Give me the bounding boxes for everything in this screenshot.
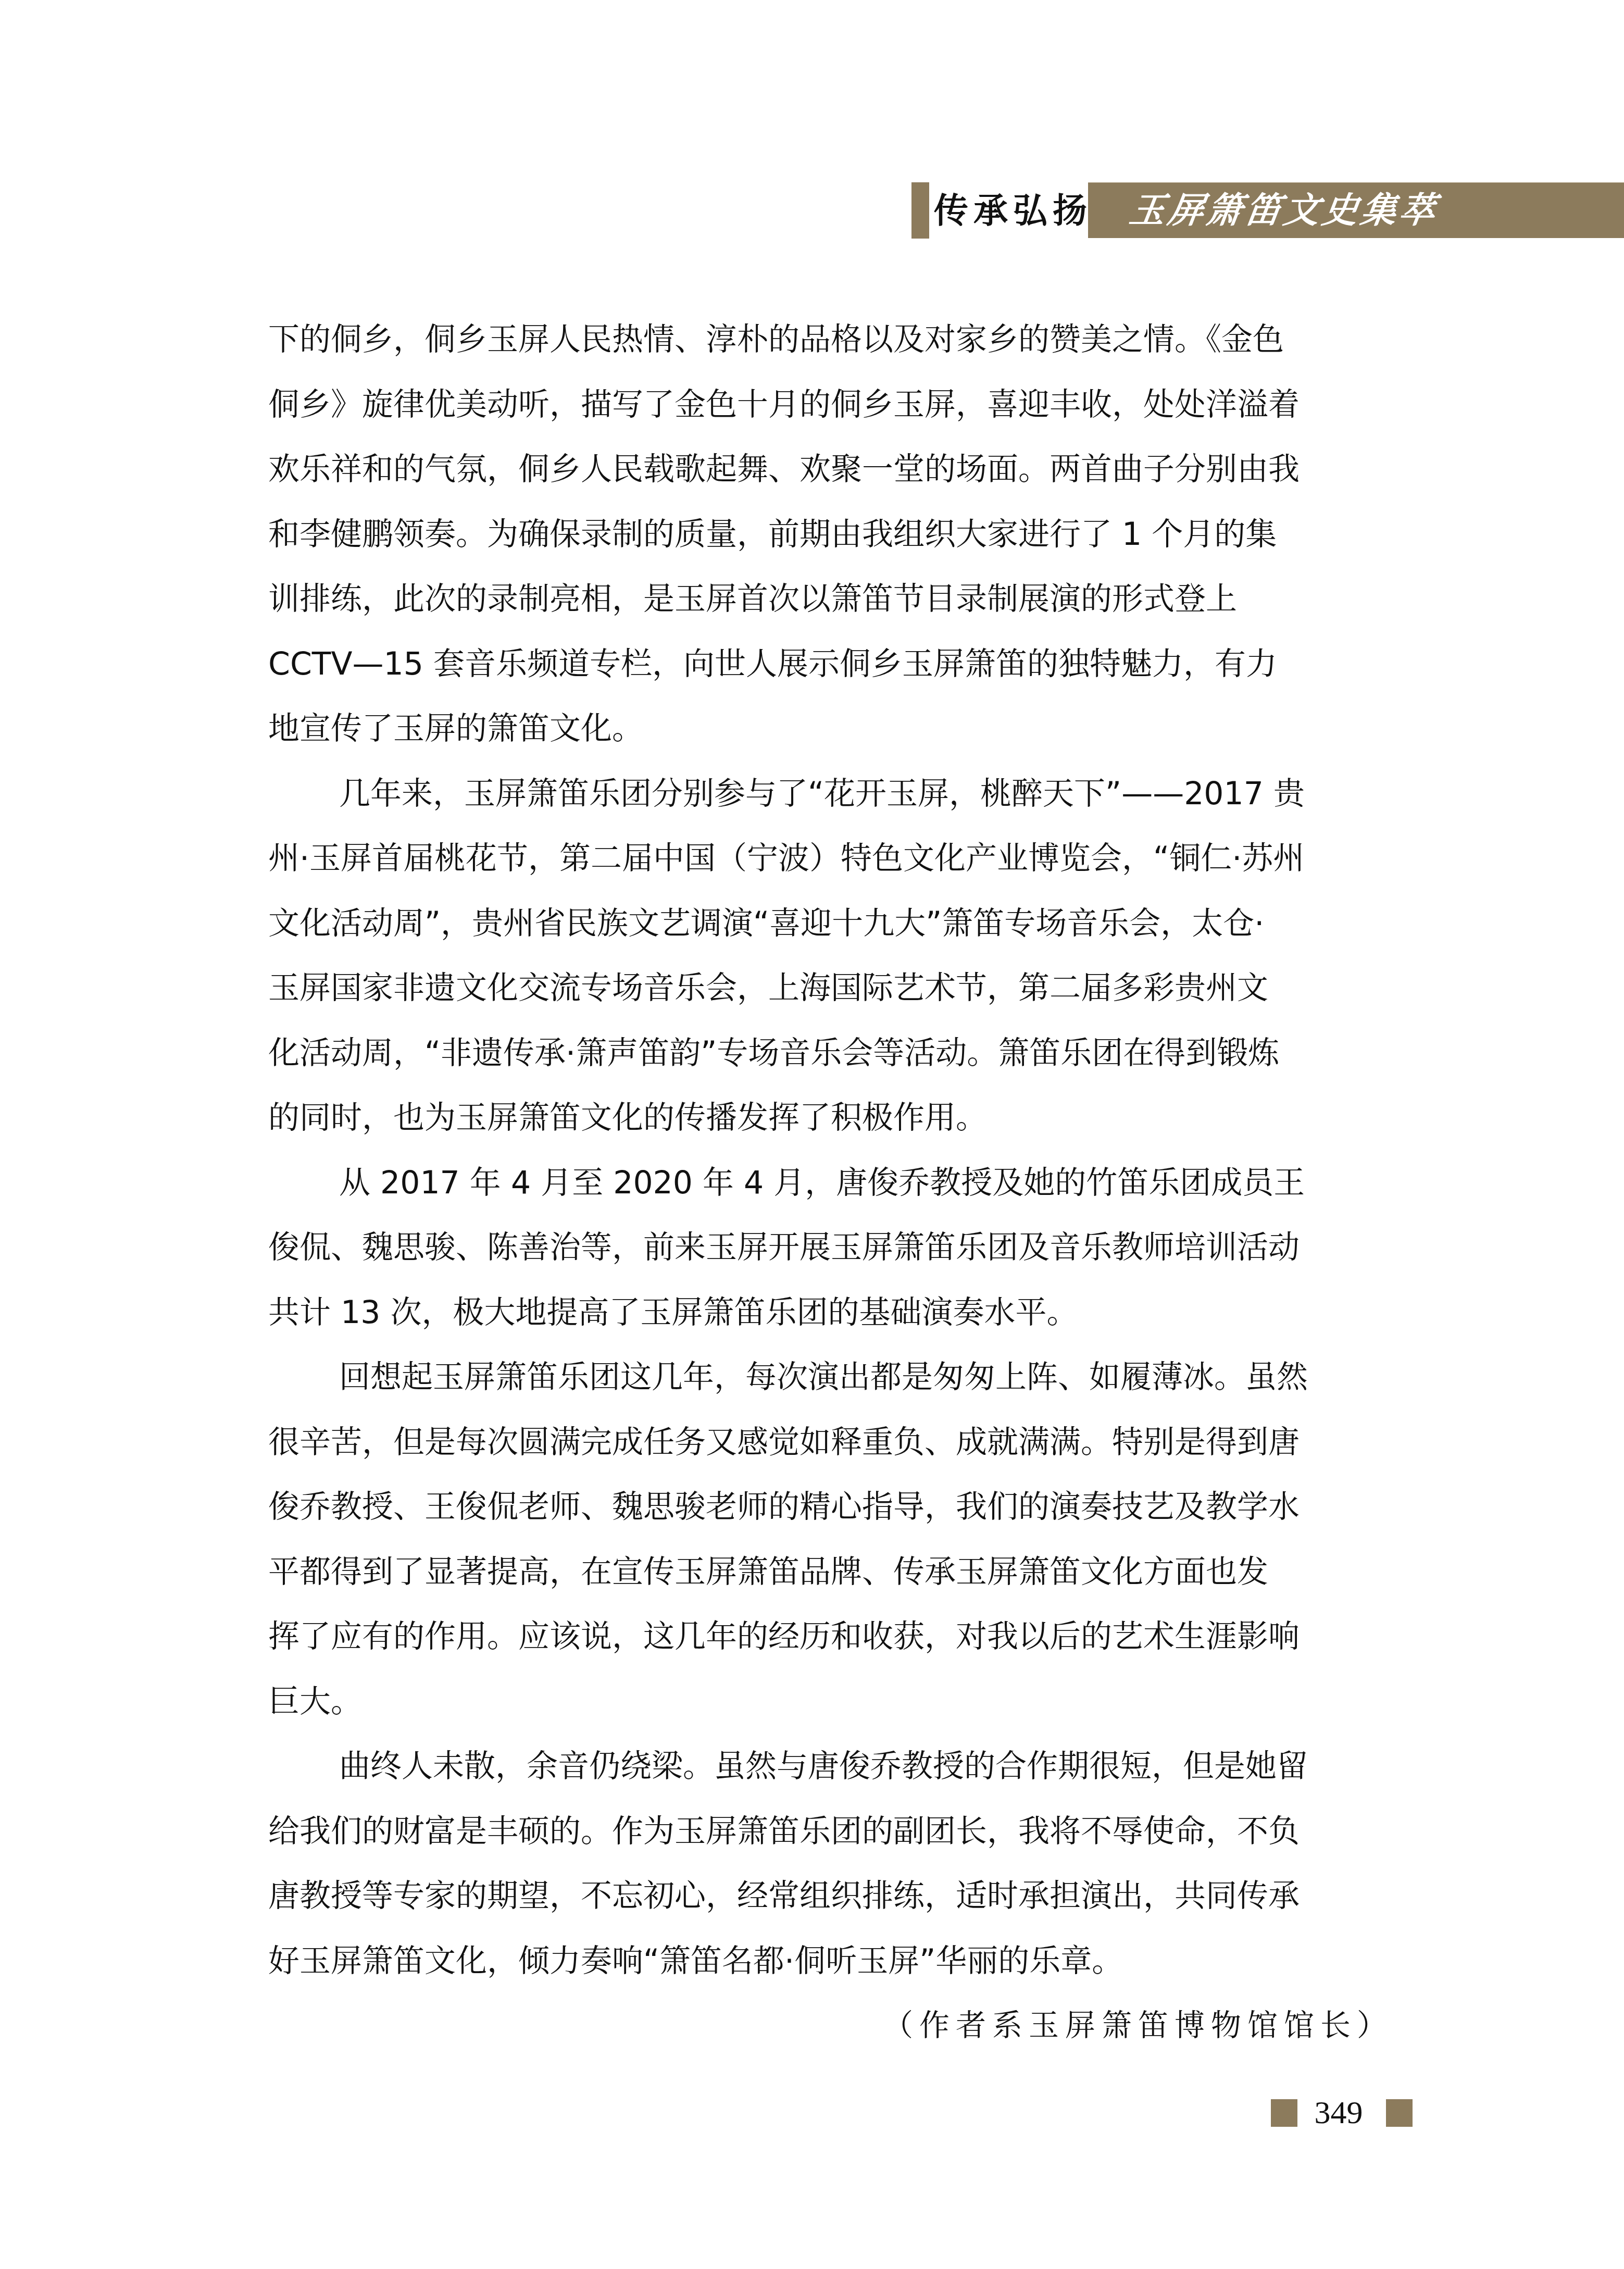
text-line: 下的侗乡，侗乡玉屏人民热情、淳朴的品格以及对家乡的赞美之情。《金色 bbox=[268, 307, 1394, 372]
text-line: 挥了应有的作用。应该说，这几年的经历和收获，对我以后的艺术生涯影响 bbox=[268, 1604, 1394, 1669]
text-line: 平都得到了显著提高，在宣传玉屏箫笛品牌、传承玉屏箫笛文化方面也发 bbox=[268, 1540, 1394, 1605]
page-number-square-left-icon bbox=[1271, 2099, 1297, 2127]
text-line: 文化活动周”，贵州省民族文艺调演“喜迎十九大”箫笛专场音乐会，太仓· bbox=[268, 891, 1394, 956]
header-title-band: 玉屏箫笛文史集萃 bbox=[1088, 182, 1624, 238]
text-line: 欢乐祥和的气氛，侗乡人民载歌起舞、欢聚一堂的场面。两首曲子分别由我 bbox=[268, 437, 1394, 502]
text-line: 给我们的财富是丰硕的。作为玉屏箫笛乐团的副团长，我将不辱使命，不负 bbox=[268, 1799, 1394, 1864]
text-line: 巨大。 bbox=[268, 1669, 1394, 1735]
text-line: 俊乔教授、王俊侃老师、魏思骏老师的精心指导，我们的演奏技艺及教学水 bbox=[268, 1475, 1394, 1540]
text-line: 州·玉屏首届桃花节，第二届中国（宁波）特色文化产业博览会，“铜仁·苏州 bbox=[268, 826, 1394, 891]
text-line: 好玉屏箫笛文化，倾力奏响“箫笛名都·侗听玉屏”华丽的乐章。 bbox=[268, 1929, 1394, 1994]
body-text: 下的侗乡，侗乡玉屏人民热情、淳朴的品格以及对家乡的赞美之情。《金色 侗乡》旋律优… bbox=[268, 307, 1394, 1993]
text-line: 共计 13 次，极大地提高了玉屏箫笛乐团的基础演奏水平。 bbox=[268, 1280, 1394, 1345]
text-line: 俊侃、魏思骏、陈善治等，前来玉屏开展玉屏箫笛乐团及音乐教师培训活动 bbox=[268, 1215, 1394, 1280]
text-line: 训排练，此次的录制亮相，是玉屏首次以箫笛节目录制展演的形式登上 bbox=[268, 567, 1394, 632]
author-attribution: （作者系玉屏箫笛博物馆馆长） bbox=[883, 2004, 1393, 2046]
text-line: 玉屏国家非遗文化交流专场音乐会，上海国际艺术节，第二届多彩贵州文 bbox=[268, 956, 1394, 1021]
text-line: CCTV—15 套音乐频道专栏，向世人展示侗乡玉屏箫笛的独特魅力，有力 bbox=[268, 632, 1394, 697]
text-line: 从 2017 年 4 月至 2020 年 4 月，唐俊乔教授及她的竹笛乐团成员王 bbox=[268, 1151, 1394, 1216]
page-number-square-right-icon bbox=[1386, 2099, 1413, 2127]
text-line: 很辛苦，但是每次圆满完成任务又感觉如释重负、成就满满。特别是得到唐 bbox=[268, 1410, 1394, 1475]
book-page: 传承弘扬 玉屏箫笛文史集萃 下的侗乡，侗乡玉屏人民热情、淳朴的品格以及对家乡的赞… bbox=[0, 0, 1624, 2269]
text-line: 地宣传了玉屏的箫笛文化。 bbox=[268, 696, 1394, 762]
header-book-title: 玉屏箫笛文史集萃 bbox=[1126, 183, 1442, 239]
text-line: 曲终人未散，余音仍绕梁。虽然与唐俊乔教授的合作期很短，但是她留 bbox=[268, 1734, 1394, 1799]
text-line: 和李健鹏领奏。为确保录制的质量，前期由我组织大家进行了 1 个月的集 bbox=[268, 502, 1394, 567]
header-accent-bar bbox=[911, 182, 929, 239]
header-section-label: 传承弘扬 bbox=[934, 182, 1092, 239]
text-line: 唐教授等专家的期望，不忘初心，经常组织排练，适时承担演出，共同传承 bbox=[268, 1864, 1394, 1929]
text-line: 回想起玉屏箫笛乐团这几年，每次演出都是匆匆上阵、如履薄冰。虽然 bbox=[268, 1345, 1394, 1410]
text-line: 侗乡》旋律优美动听，描写了金色十月的侗乡玉屏，喜迎丰收，处处洋溢着 bbox=[268, 372, 1394, 438]
text-line: 化活动周，“非遗传承·箫声笛韵”专场音乐会等活动。箫笛乐团在得到锻炼 bbox=[268, 1021, 1394, 1086]
page-number: 349 bbox=[1302, 2094, 1375, 2131]
text-line: 几年来，玉屏箫笛乐团分别参与了“花开玉屏，桃醉天下”——2017 贵 bbox=[268, 762, 1394, 827]
text-line: 的同时，也为玉屏箫笛文化的传播发挥了积极作用。 bbox=[268, 1086, 1394, 1151]
